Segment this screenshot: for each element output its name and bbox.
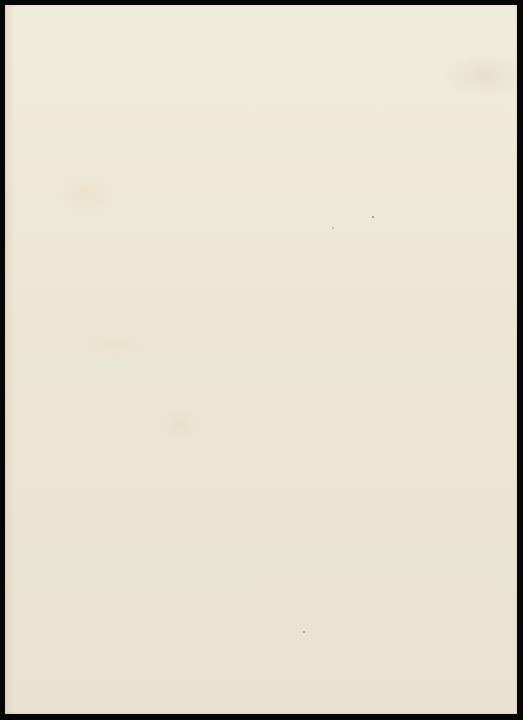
blank-paper-page bbox=[5, 5, 517, 714]
scan-border bbox=[0, 0, 523, 720]
page-content bbox=[5, 5, 517, 714]
dust-speck bbox=[332, 227, 334, 229]
dust-speck bbox=[303, 631, 305, 633]
dust-speck bbox=[372, 216, 374, 218]
